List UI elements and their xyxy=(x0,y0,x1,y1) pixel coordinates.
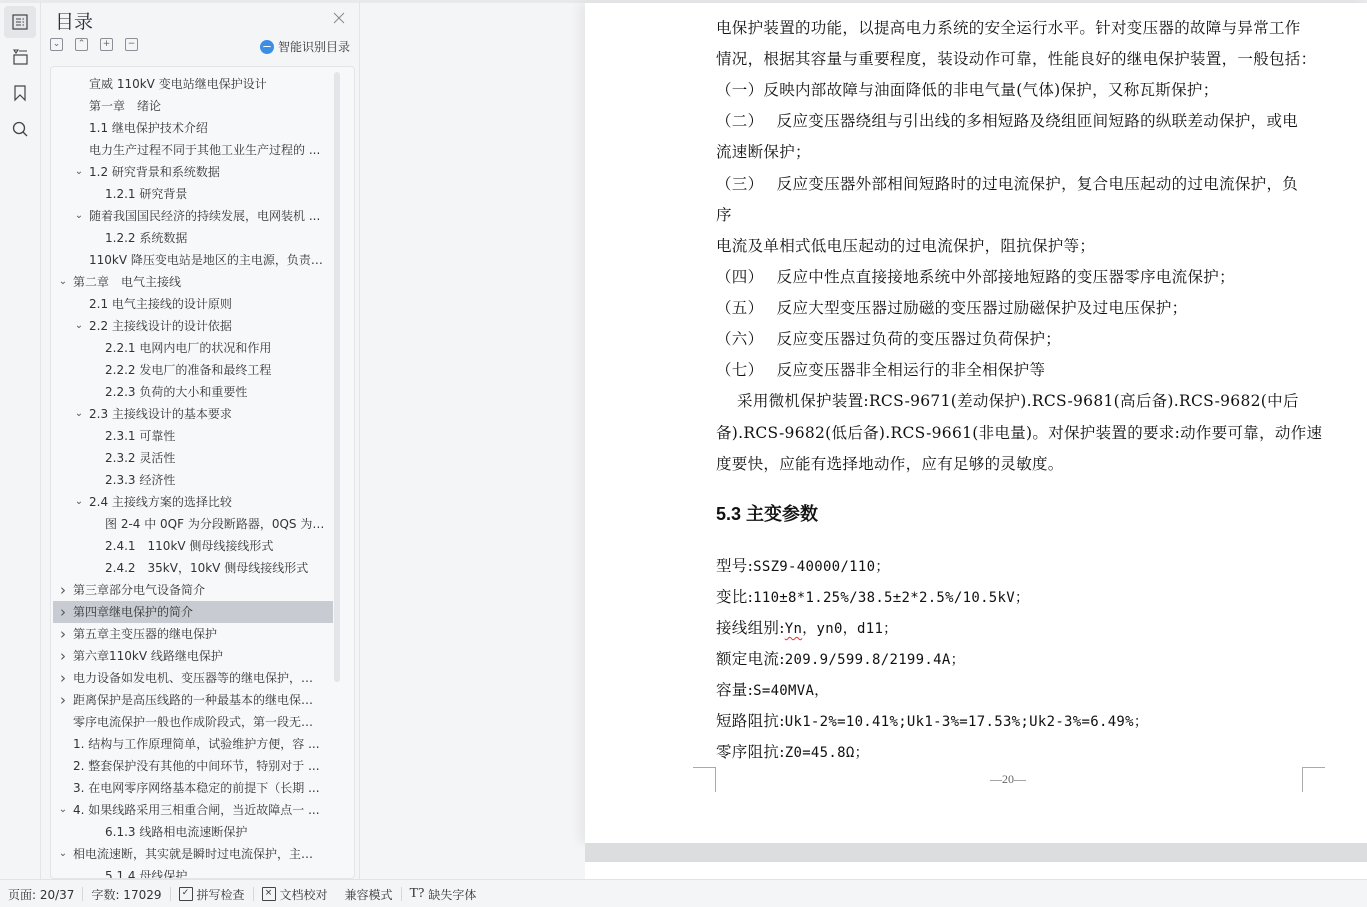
bookmark-icon xyxy=(11,84,29,102)
paragraph-line: 度要快，应能有选择地动作，应有足够的灵敏度。 xyxy=(716,452,1064,474)
toc-item[interactable]: 电力生产过程不同于其他工业生产过程的 ... xyxy=(53,139,333,161)
param-label: 短路阻抗: xyxy=(716,712,785,730)
toc-item[interactable]: 2.3.2 灵活性 xyxy=(53,447,333,469)
collapse-all-button[interactable]: ⌃ xyxy=(75,38,88,51)
paragraph-line: 电流及单相式低电压起动的过电流保护，阻抗保护等； xyxy=(716,234,1095,256)
toc-item-label: 2.3.3 经济性 xyxy=(105,469,175,491)
param-label: 额定电流: xyxy=(716,650,785,668)
param-value: S=40MVA， xyxy=(753,683,828,699)
toc-item-label: 1. 结构与工作原理简单，试验维护方便，容 ... xyxy=(73,733,320,755)
paragraph-line: （三） 反应变压器外部相间短路时的过电流保护，复合电压起动的过电流保护，负 xyxy=(716,172,1298,194)
toc-item-label: 2.4.2 35kV，10kV 侧母线接线形式 xyxy=(105,557,308,579)
toc-item[interactable]: 第一章 绪论 xyxy=(53,95,333,117)
toc-item-label: 5.1.4 母线保护 xyxy=(105,865,187,879)
paragraph-line: 情况，根据其容量与重要程度，装设动作可靠，性能良好的继电保护装置，一般包括： xyxy=(716,47,1316,69)
next-page[interactable] xyxy=(585,862,1367,879)
chevron-down-icon[interactable]: ⌄ xyxy=(73,315,85,337)
chevron-right-icon[interactable]: › xyxy=(57,689,69,711)
toc-item[interactable]: 2.4.1 110kV 侧母线接线形式 xyxy=(53,535,333,557)
paragraph-line: （二） 反应变压器绕组与引出线的多相短路及绕组匝间短路的纵联差动保护，或电 xyxy=(716,109,1298,131)
paragraph-line: （一）反映内部故障与油面降低的非电气量(气体)保护，又称瓦斯保护； xyxy=(716,78,1219,100)
toc-item-label: 2.2.3 负荷的大小和重要性 xyxy=(105,381,247,403)
toc-toolbar: ⌄ ⌃ + − xyxy=(50,38,138,51)
smart-toc-label: 智能识别目录 xyxy=(278,38,350,55)
toc-item-label: 2.2.2 发电厂的准备和最终工程 xyxy=(105,359,271,381)
param-label: 接线组别: xyxy=(716,619,785,637)
missing-fonts-button[interactable]: T?缺失字体 xyxy=(402,886,485,902)
toc-item-label: 第二章 电气主接线 xyxy=(73,271,181,293)
close-icon[interactable] xyxy=(332,11,346,25)
chevron-right-icon[interactable]: › xyxy=(57,623,69,645)
paragraph-line: （七） 反应变压器非全相运行的非全相保护等 xyxy=(716,358,1045,380)
toc-item[interactable]: ⌄相电流速断，其实就是瞬时过电流保护，主要 ... xyxy=(53,843,333,865)
paragraph-line: （六） 反应变压器过负荷的变压器过负荷保护； xyxy=(716,327,1061,349)
doc-proof-button[interactable]: ×文档校对 xyxy=(254,886,336,902)
toc-item-label: 3. 在电网零序网络基本稳定的前提下（长期 ... xyxy=(73,777,320,799)
spell-check-button[interactable]: ✓拼写检查 xyxy=(171,886,253,902)
toc-item-label: 2.4.1 110kV 侧母线接线形式 xyxy=(105,535,273,557)
toc-item[interactable]: ⌄2.3 主接线设计的基本要求 xyxy=(53,403,333,425)
toc-item[interactable]: ›第五章主变压器的继电保护 xyxy=(53,623,333,645)
toc-item[interactable]: ⌄4. 如果线路采用三相重合闸，当近故障点一 ... xyxy=(53,799,333,821)
toc-item[interactable]: 110kV 降压变电站是地区的主电源，负责 ... xyxy=(53,249,333,271)
chevron-down-icon[interactable]: ⌄ xyxy=(57,843,69,865)
param-value: Uk1-2%=10.41%;Uk1-3%=17.53%;Uk2-3%=6.49%… xyxy=(785,714,1148,730)
param-value: ，yn0，d11； xyxy=(802,621,897,637)
param-value: SSZ9-40000/110； xyxy=(753,559,890,575)
toc-scrollbar[interactable] xyxy=(334,72,340,682)
toc-item[interactable]: 2.2.1 电网内电厂的状况和作用 xyxy=(53,337,333,359)
page-gap xyxy=(585,843,1367,862)
expand-all-button[interactable]: ⌄ xyxy=(50,38,63,51)
chevron-right-icon[interactable]: › xyxy=(57,579,69,601)
toc-item-label: 电力设备如发电机、变压器等的继电保护，除 ... xyxy=(73,667,325,689)
param-label: 变比: xyxy=(716,588,753,606)
toc-item[interactable]: 零序电流保护一般也作成阶段式，第一段无人 ... xyxy=(53,711,333,733)
toc-panel-button[interactable] xyxy=(4,6,36,38)
toc-item[interactable]: ›第六章110kV 线路继电保护 xyxy=(53,645,333,667)
param-value: 110±8*1.25%/38.5±2*2.5%/10.5kV； xyxy=(753,590,1029,606)
toc-item-label: 6.1.3 线路相电流速断保护 xyxy=(105,821,247,843)
toc-item[interactable]: 2.4.2 35kV，10kV 侧母线接线形式 xyxy=(53,557,333,579)
toc-item[interactable]: ⌄1.2 研究背景和系统数据 xyxy=(53,161,333,183)
toc-item[interactable]: 1. 结构与工作原理简单，试验维护方便，容 ... xyxy=(53,733,333,755)
toc-title: 目录 xyxy=(55,7,93,34)
toc-panel: 目录 ⌄ ⌃ + − 智能识别目录 宣威 110kV 变电站继电保护设计第一章 … xyxy=(41,3,360,879)
page-number: —20— xyxy=(990,772,1026,787)
toc-item[interactable]: 2.1 电气主接线的设计原则 xyxy=(53,293,333,315)
toc-item-label: 110kV 降压变电站是地区的主电源，负责 ... xyxy=(89,249,325,271)
chevron-right-icon[interactable]: › xyxy=(57,645,69,667)
toc-item-label: 2.1 电气主接线的设计原则 xyxy=(89,293,232,315)
toc-item[interactable]: 宣威 110kV 变电站继电保护设计 xyxy=(53,73,333,95)
toc-item-label: 2.2.1 电网内电厂的状况和作用 xyxy=(105,337,271,359)
toc-item-label: 2.2 主接线设计的设计依据 xyxy=(89,315,232,337)
toc-item-label: 第一章 绪论 xyxy=(89,95,161,117)
chevron-down-icon[interactable]: ⌄ xyxy=(73,161,85,183)
toc-item-label: 随着我国国民经济的持续发展，电网装机 ... xyxy=(89,205,320,227)
toc-item[interactable]: 1.1 继电保护技术介绍 xyxy=(53,117,333,139)
toc-item[interactable]: ⌄2.4 主接线方案的选择比较 xyxy=(53,491,333,513)
toc-item-label: 2.3.2 灵活性 xyxy=(105,447,175,469)
remove-level-button[interactable]: − xyxy=(125,38,138,51)
param-value: Z0=45.8Ω； xyxy=(785,745,869,761)
toc-item[interactable]: 图 2-4 中 0QF 为分段断路器，0QS 为 ... xyxy=(53,513,333,535)
chevron-down-icon[interactable]: ⌄ xyxy=(57,799,69,821)
paragraph-line: 电保护装置的功能，以提高电力系统的安全运行水平。针对变压器的故障与异常工作 xyxy=(716,16,1301,38)
smart-recognize-icon xyxy=(260,40,274,54)
chevron-down-icon[interactable]: ⌄ xyxy=(73,403,85,425)
paragraph-line: 采用微机保护装置:RCS-9671(差动保护).RCS-9681(高后备).RC… xyxy=(716,389,1299,411)
toc-item[interactable]: 3. 在电网零序网络基本稳定的前提下（长期 ... xyxy=(53,777,333,799)
chevron-right-icon[interactable]: › xyxy=(57,667,69,689)
toc-item-label: 2. 整套保护没有其他的中间环节，特别对于 ... xyxy=(73,755,320,777)
toc-item-label: 1.2 研究背景和系统数据 xyxy=(89,161,220,183)
toc-item[interactable]: ⌄随着我国国民经济的持续发展，电网装机 ... xyxy=(53,205,333,227)
param-label: 容量: xyxy=(716,681,753,699)
toc-item-label: 1.2.1 研究背景 xyxy=(105,183,187,205)
toc-item[interactable]: 1.2.1 研究背景 xyxy=(53,183,333,205)
toc-item[interactable]: ›距离保护是高压线路的一种最基本的继电保护 ... xyxy=(53,689,333,711)
missing-font-icon: T? xyxy=(410,886,425,902)
compat-mode-label[interactable]: 兼容模式 xyxy=(337,886,401,902)
toc-item[interactable]: 2.2.3 负荷的大小和重要性 xyxy=(53,381,333,403)
spelling-error-mark[interactable]: Yn xyxy=(785,621,802,637)
toc-item[interactable]: 2.3.1 可靠性 xyxy=(53,425,333,447)
toc-icon xyxy=(11,13,29,31)
toc-item[interactable]: 1.2.2 系统数据 xyxy=(53,227,333,249)
paragraph-line: （四） 反应中性点直接接地系统中外部接地短路的变压器零序电流保护； xyxy=(716,265,1235,287)
param-line: 型号:SSZ9-40000/110； xyxy=(716,554,890,576)
search-icon xyxy=(11,120,29,138)
toc-item-label: 2.3.1 可靠性 xyxy=(105,425,175,447)
toc-item[interactable]: ›第三章部分电气设备简介 xyxy=(53,579,333,601)
page-corner-mark-left xyxy=(693,767,716,792)
param-line: 额定电流:209.9/599.8/2199.4A； xyxy=(716,647,965,669)
bookmark-panel-button[interactable] xyxy=(4,77,36,109)
search-panel-button[interactable] xyxy=(4,113,36,145)
smart-toc-button[interactable]: 智能识别目录 xyxy=(260,38,350,55)
page-indicator[interactable]: 页面: 20/37 xyxy=(0,886,82,902)
toc-item[interactable]: ⌄2.2 主接线设计的设计依据 xyxy=(53,315,333,337)
word-count[interactable]: 字数: 17029 xyxy=(83,886,169,902)
page-corner-mark-right xyxy=(1302,767,1325,792)
spell-check-icon: ✓ xyxy=(179,887,193,901)
chevron-down-icon[interactable]: ⌄ xyxy=(73,205,85,227)
toc-item[interactable]: 6.1.3 线路相电流速断保护 xyxy=(53,821,333,843)
param-value: 209.9/599.8/2199.4A； xyxy=(785,652,965,668)
toc-list: 宣威 110kV 变电站继电保护设计第一章 绪论1.1 继电保护技术介绍电力生产… xyxy=(50,66,355,879)
navigation-panel-button[interactable] xyxy=(4,41,36,73)
chevron-right-icon[interactable]: › xyxy=(57,601,69,623)
toc-item-label: 第三章部分电气设备简介 xyxy=(73,579,205,601)
param-line: 短路阻抗:Uk1-2%=10.41%;Uk1-3%=17.53%;Uk2-3%=… xyxy=(716,709,1148,731)
toc-item-label: 2.3 主接线设计的基本要求 xyxy=(89,403,232,425)
param-line: 接线组别:Yn，yn0，d11； xyxy=(716,616,897,638)
paragraph-line: （五） 反应大型变压器过励磁的变压器过励磁保护及过电压保护； xyxy=(716,296,1187,318)
toc-item-label: 电力生产过程不同于其他工业生产过程的 ... xyxy=(89,139,320,161)
toc-item-label: 1.1 继电保护技术介绍 xyxy=(89,117,208,139)
chevron-down-icon[interactable]: ⌄ xyxy=(57,271,69,293)
toc-item-label: 2.4 主接线方案的选择比较 xyxy=(89,491,232,513)
param-label: 零序阻抗: xyxy=(716,743,785,761)
paragraph-line: 备).RCS-9682(低后备).RCS-9661(非电量)。对保护装置的要求:… xyxy=(716,421,1322,443)
toc-item[interactable]: ⌄第二章 电气主接线 xyxy=(53,271,333,293)
toc-item[interactable]: ›电力设备如发电机、变压器等的继电保护，除 ... xyxy=(53,667,333,689)
paragraph-line: 流速断保护； xyxy=(716,140,811,162)
chevron-down-icon[interactable]: ⌄ xyxy=(73,491,85,513)
toc-item-label: 1.2.2 系统数据 xyxy=(105,227,187,249)
toc-item-label: 宣威 110kV 变电站继电保护设计 xyxy=(89,73,267,95)
toc-item-label: 距离保护是高压线路的一种最基本的继电保护 ... xyxy=(73,689,325,711)
toc-item-label: 图 2-4 中 0QF 为分段断路器，0QS 为 ... xyxy=(105,513,325,535)
toc-item-label: 第四章继电保护的简介 xyxy=(73,601,193,623)
side-icon-rail xyxy=(0,3,41,879)
param-line: 容量:S=40MVA， xyxy=(716,678,829,700)
add-level-button[interactable]: + xyxy=(100,38,113,51)
toc-item-label: 第六章110kV 线路继电保护 xyxy=(73,645,223,667)
navigation-icon xyxy=(11,48,29,66)
toc-item-label: 零序电流保护一般也作成阶段式，第一段无人 ... xyxy=(73,711,325,733)
toc-item-label: 4. 如果线路采用三相重合闸，当近故障点一 ... xyxy=(73,799,320,821)
section-heading: 5.3 主变参数 xyxy=(716,500,818,526)
toc-item[interactable]: 2. 整套保护没有其他的中间环节，特别对于 ... xyxy=(53,755,333,777)
param-line: 零序阻抗:Z0=45.8Ω； xyxy=(716,740,869,762)
paragraph-line: 序 xyxy=(716,203,732,225)
toc-item[interactable]: 2.3.3 经济性 xyxy=(53,469,333,491)
toc-item-label: 相电流速断，其实就是瞬时过电流保护，主要 ... xyxy=(73,843,325,865)
toc-item[interactable]: 2.2.2 发电厂的准备和最终工程 xyxy=(53,359,333,381)
toc-item-label: 第五章主变压器的继电保护 xyxy=(73,623,217,645)
toc-item[interactable]: ›第四章继电保护的简介 xyxy=(53,601,333,623)
param-line: 变比:110±8*1.25%/38.5±2*2.5%/10.5kV； xyxy=(716,585,1029,607)
param-label: 型号: xyxy=(716,557,753,575)
status-bar: 页面: 20/37 字数: 17029 ✓拼写检查 ×文档校对 兼容模式 T?缺… xyxy=(0,879,1367,907)
toc-item[interactable]: 5.1.4 母线保护 xyxy=(53,865,333,879)
doc-proof-icon: × xyxy=(262,887,276,901)
